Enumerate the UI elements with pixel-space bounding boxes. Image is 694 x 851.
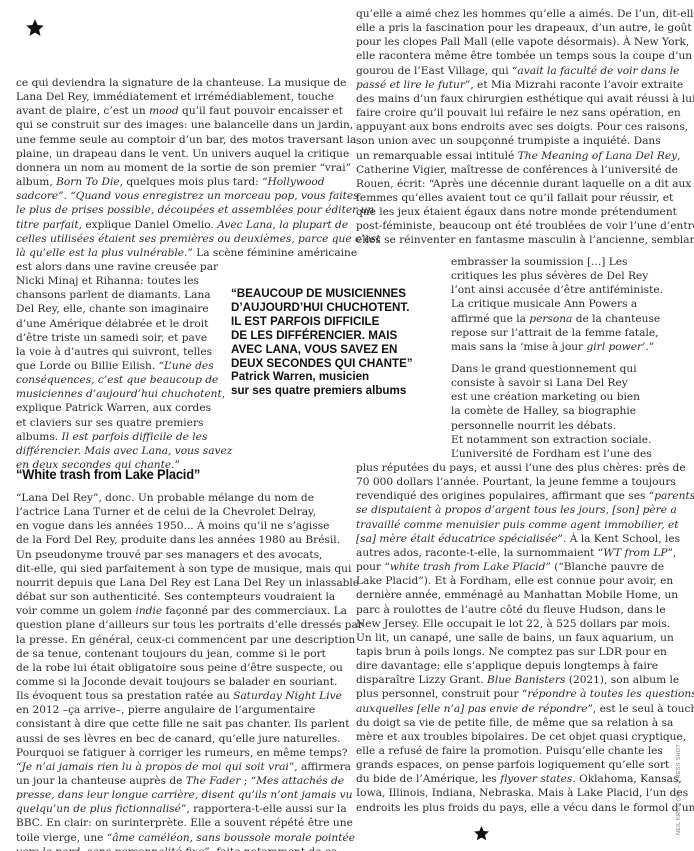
text-line: [sa] mère était éducatrice spécialisée”.… (356, 532, 680, 546)
text-line: en vogue dans les années 1950... À moins… (16, 519, 329, 533)
text-line: auxquelles [elle n’a] pas envie de répon… (356, 702, 694, 716)
text-line: une femme seule au comptoir d’un bar, de… (16, 133, 356, 147)
text-line: du doigt sa vie de petite fille, de même… (356, 716, 673, 730)
text-line: gourou de l’East Village, qui “avait la … (356, 64, 679, 78)
text-line: faire croire qu’il pouvait lui refaire l… (356, 106, 681, 120)
text-line: BBC. En clair: on surinterprète. Elle a … (16, 816, 353, 830)
text-line: qu’elle a aimé chez les hommes qu’elle a… (356, 7, 694, 21)
text-line: d’être triste un samedi soir, et pave (16, 331, 207, 345)
text-line: est alors dans une ravine creusée par (16, 260, 218, 274)
text-line: grands espaces, on pense parfois logique… (356, 758, 669, 772)
text-line: plus réputées du pays, et aussi l’une de… (356, 461, 686, 475)
text-line: consiste à savoir si Lana Del Rey (451, 376, 628, 390)
text-line: presse, dans leur longue carrière, disen… (16, 788, 352, 802)
pull-quote-attribution: sur ses quatre premiers albums (231, 384, 413, 398)
text-line: femmes qu’elles avaient tout ce qu’il fa… (356, 191, 673, 205)
text-line: critiques les plus sévères de Del Rey (451, 269, 648, 283)
text-line: Et notamment son extraction sociale. (451, 433, 651, 447)
text-line: La critique musicale Ann Powers a (451, 297, 637, 311)
text-line: de la robe lui était obligatoire sous pe… (16, 661, 343, 675)
photo-credit: NEIL KRUG (X3) – PRESS SHOT (676, 744, 682, 835)
text-line: voir comme un golem indie façonné par de… (16, 604, 347, 618)
text-line: endroits les plus froids du pays, elle a… (356, 801, 694, 815)
text-line: aussi de ses lèvres en bec de canard, qu… (16, 732, 341, 746)
text-line: sadcore”. “Quand vous enregistrez un mor… (16, 189, 359, 203)
text-line: albums. Il est parfois difficile de les (16, 430, 207, 444)
text-line: chansons parlent de diamants. Lana (16, 288, 211, 302)
text-line: passé et lire le futur”, et Mia Mizrahi … (356, 78, 683, 92)
text-line: l’ont ainsi accusée d’être antiféministe… (451, 283, 663, 297)
text-line: explique Patrick Warren, aux cordes (16, 401, 211, 415)
text-line: là qu’elle est la plus vulnérable.” La s… (16, 246, 357, 260)
text-line: mais sans la ‘mise à jour girl power’.” (451, 340, 654, 354)
text-line: embrasser la soumission [...] Les (451, 255, 628, 269)
text-line: Del Rey, elle, chante son imaginaire (16, 302, 209, 316)
pull-quote-line: D’AUJOURD’HUI CHUCHOTENT. (231, 301, 413, 315)
text-line: comme si la Joconde devait toujours se b… (16, 675, 337, 689)
text-line: avant de plaire, c’est un mood qu’il fau… (16, 104, 343, 118)
text-line: toile vierge, une “âme caméléon, sans bo… (16, 831, 355, 845)
text-line: celles utilisées étaient ses premières o… (16, 232, 380, 246)
text-line: et claviers sur ses quatre premiers (16, 416, 203, 430)
text-line: question plane d’ailleurs sur tous les p… (16, 618, 363, 632)
text-line: plus personnel, construit pour “répondre… (356, 687, 694, 701)
text-line: quelqu’un de plus fictionnalisé”, rappor… (16, 802, 347, 816)
text-line: de sa tenue, contenant toujours du jean,… (16, 647, 326, 661)
text-line: l’actrice Lana Turner et de celui de la … (16, 505, 316, 519)
text-line: elle racontera même être tombée un temps… (356, 49, 692, 63)
pull-quote-line: IL EST PARFOIS DIFFICILE (231, 315, 413, 329)
star-icon (25, 18, 45, 38)
text-line: du bide de l’Amérique, les flyover state… (356, 772, 682, 786)
text-line: vers le nord, sans personnalité fixe”, f… (16, 845, 337, 851)
text-line: repose sur l’attrait de la femme fatale, (451, 326, 658, 340)
pull-quote-line: DEUX SECONDES QUI CHANTE” (231, 357, 413, 371)
text-line: Ils évoquent tous sa prestation ratée au… (16, 689, 342, 703)
text-line: Lana Del Rey, immédiatement et irrémédia… (16, 90, 334, 104)
text-line: New Jersey. Elle occupait le lot 22, à 5… (356, 617, 670, 631)
text-line: post-féministe, beaucoup ont été troublé… (356, 219, 694, 233)
magazine-page: ce qui deviendra la signature de la chan… (0, 0, 694, 851)
text-line: Iowa, Illinois, Indiana, Nebraska. Mais … (356, 786, 688, 800)
text-line: consistant à dire que cette fille ne sai… (16, 717, 350, 731)
text-line: en 2012 –ça arrive–, pierre angulaire de… (16, 703, 315, 717)
text-line: un remarquable essai intitulé The Meanin… (356, 149, 680, 163)
star-icon (473, 825, 490, 842)
text-line: conséquences, c’est que beaucoup de (16, 373, 218, 387)
text-line: L’université de Fordham est l’une des (451, 447, 652, 461)
text-line: son union avec un soupçonné trumpiste a … (356, 134, 661, 148)
text-line: autres ados, raconte-t-elle, la surnomma… (356, 546, 676, 560)
text-line: “Lana Del Rey”, donc. Un probable mélang… (16, 491, 314, 505)
text-line: dire davantage: elle s’applique depuis l… (356, 659, 658, 673)
text-line: elle a pris la fascination pour les drap… (356, 21, 692, 35)
text-line: ce qui deviendra la signature de la chan… (16, 76, 346, 90)
text-line: parc à roulottes de l’autre côté du fleu… (356, 603, 666, 617)
text-line: Dans le grand questionnement qui (451, 362, 637, 376)
pull-quote-attribution: Patrick Warren, musicien (231, 370, 413, 384)
pull-quote-line: “BEAUCOUP DE MUSICIENNES (231, 287, 413, 301)
text-line: que les jeux étaient égaux dans notre mo… (356, 205, 677, 219)
text-line: appuyant aux bons endroits avec ses doig… (356, 120, 688, 134)
text-line: musiciennes d’aujourd’hui chuchotent, (16, 387, 225, 401)
text-line: débat sur son authenticité. Ses contempt… (16, 590, 335, 604)
pull-quote: “BEAUCOUP DE MUSICIENNES D’AUJOURD’HUI C… (231, 287, 413, 398)
text-line: revendiqué des origines populaires, affi… (356, 489, 694, 503)
text-line: Un lit, un canapé, une salle de bains, u… (356, 631, 674, 645)
text-line: dernière année, emménagé au Manhattan Mo… (356, 588, 678, 602)
text-line: la presse. En général, ceux-ci commencen… (16, 633, 355, 647)
text-line: la voie à d’autres qui suivront, telles (16, 345, 212, 359)
text-line: titre parfait, explique Daniel Omelio. A… (16, 218, 348, 232)
text-line: pour “white trash from Lake Placid” (“Bl… (356, 560, 664, 574)
text-line: elle a refusé de faire la promotion. Pui… (356, 744, 663, 758)
pull-quote-line: DE LES DIFFÉRENCIER. MAIS (231, 329, 413, 343)
text-line: Pourquoi se fatiguer à corriger les rume… (16, 746, 348, 760)
text-line: nourrit depuis que Lana Del Rey est Lana… (16, 576, 359, 590)
text-line: disparaître Lizzy Grant. Blue Banisters … (356, 673, 679, 687)
text-line: personnelle nourrit les débats. (451, 419, 616, 433)
text-line: dit-elle, qui sied parfaitement à son ty… (16, 562, 351, 576)
text-line: de la Ford Del Rey, produite dans les an… (16, 533, 340, 547)
text-line: donnera un nom au moment de la sortie de… (16, 161, 351, 175)
pull-quote-line: AVEC LANA, VOUS SAVEZ EN (231, 343, 413, 357)
text-line: Rouen, écrit: “Après une décennie durant… (356, 177, 691, 191)
text-line: le plus de prises possible, découpées et… (16, 203, 374, 217)
text-line: pour les clopes Pall Mall (elle vapote d… (356, 35, 689, 49)
text-line: travaillé comme menuisier puis comme age… (356, 518, 679, 532)
text-line: Lake Placid”). Et à Fordham, elle est co… (356, 574, 673, 588)
text-line: est une création marketing ou bien (451, 390, 640, 404)
text-line: la comète de Halley, sa biographie (451, 404, 636, 418)
text-line: plaine, un drapeau dans le vent. Un univ… (16, 147, 349, 161)
text-line: Nicki Minaj et Rihanna: toutes les (16, 274, 199, 288)
section-heading: “White trash from Lake Placid” (16, 466, 200, 482)
text-line: album, Born To Die, quelques mois plus t… (16, 175, 325, 189)
text-line: Catherine Vigier, maîtresse de conférenc… (356, 163, 678, 177)
text-line: d’une Amérique délabrée et le droit (16, 317, 208, 331)
text-line: un jour la chanteuse auprès de The Fader… (16, 774, 344, 788)
text-line: tapis brun à poils longs. Ne comptez pas… (356, 645, 667, 659)
text-line: Un pseudonyme trouvé par ses managers et… (16, 548, 322, 562)
text-line: affirmé que la persona de la chanteuse (451, 312, 660, 326)
text-line: mère et aux troubles bipolaires. De cet … (356, 730, 686, 744)
text-line: elles se réinventer en fantasme masculin… (356, 233, 694, 247)
text-line: qui se construit sur des images: une bal… (16, 118, 353, 132)
text-line: que Lorde ou Billie Eilish. “L’une des (16, 359, 214, 373)
text-line: “Je n’ai jamais rien lu à propos de moi … (16, 760, 351, 774)
text-line: différencier. Mais avec Lana, vous savez (16, 444, 232, 458)
text-line: se disputaient à propos d’argent tous le… (356, 503, 677, 517)
text-line: 70 000 dollars l’année. Pourtant, la jeu… (356, 475, 676, 489)
text-line: des mains d’un faux chirurgien esthétiqu… (356, 92, 694, 106)
